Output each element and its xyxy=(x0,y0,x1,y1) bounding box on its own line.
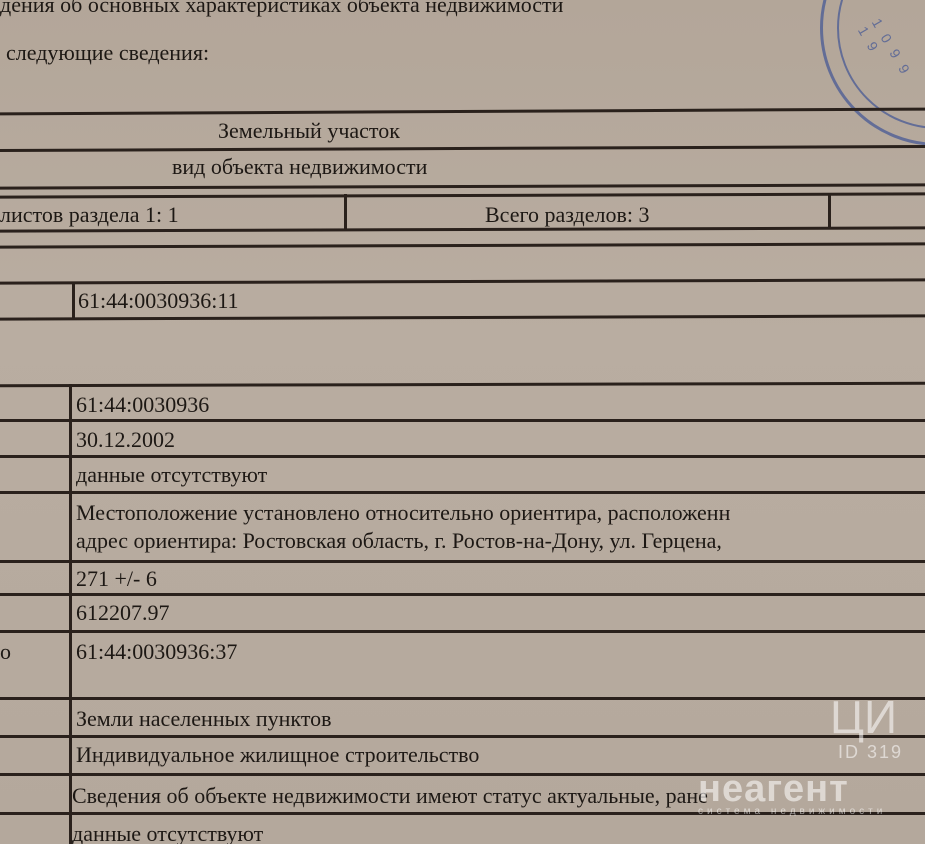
table-border xyxy=(0,560,925,563)
cadastral-number: 61:44:0030936:11 xyxy=(78,290,239,312)
watermark-logo: ЦИ xyxy=(830,690,897,744)
row-cadastral-quarter: 61:44:0030936 xyxy=(76,394,209,416)
table-border xyxy=(0,242,925,248)
table-border xyxy=(0,697,925,700)
table-border xyxy=(0,630,925,633)
sections-count: Всего разделов: 3 xyxy=(485,204,649,226)
table-divider xyxy=(828,193,831,229)
table-border xyxy=(0,455,925,458)
table-border xyxy=(0,735,925,738)
document-heading: дения об основных характеристиках объект… xyxy=(0,0,563,16)
table-border xyxy=(0,145,925,152)
row-registration-date: 30.12.2002 xyxy=(76,429,175,451)
row-area: 271 +/- 6 xyxy=(76,568,157,590)
table-border xyxy=(0,419,925,422)
table-border xyxy=(0,192,925,198)
watermark-subtitle: система недвижимости xyxy=(698,806,886,817)
row-address-line2: адрес ориентира: Ростовская область, г. … xyxy=(76,530,722,552)
table-border xyxy=(0,183,925,189)
table-divider xyxy=(344,194,347,230)
table-border xyxy=(0,382,925,387)
row-status: Сведения об объекте недвижимости имеют с… xyxy=(72,785,708,807)
watermark-id: ID 319 xyxy=(838,742,903,763)
row-special-notes: данные отсутствуют xyxy=(72,823,263,844)
table-border xyxy=(0,108,925,116)
table-border xyxy=(0,314,925,320)
row-land-category: Земли населенных пунктов xyxy=(76,708,332,730)
document-subheading: следующие сведения: xyxy=(6,42,209,64)
table-divider xyxy=(72,282,75,318)
object-type-value: Земельный участок xyxy=(218,120,400,142)
row-buildings: 61:44:0030936:37 xyxy=(76,641,237,663)
sheets-count: листов раздела 1: 1 xyxy=(0,204,179,226)
row-permitted-use: Индивидуальное жилищное строительство xyxy=(76,744,479,766)
table-border xyxy=(0,491,925,494)
table-border xyxy=(0,226,925,232)
table-border xyxy=(0,278,925,284)
watermark-brand: неагент xyxy=(698,768,849,811)
row-address-line1: Местоположение установлено относительно … xyxy=(76,502,730,524)
row-cadastral-value: 612207.97 xyxy=(76,602,170,624)
table-border xyxy=(0,593,925,596)
row-buildings-label-fragment: о xyxy=(0,641,11,663)
object-type-caption: вид объекта недвижимости xyxy=(172,156,427,178)
row-previous-number: данные отсутствуют xyxy=(76,464,267,486)
